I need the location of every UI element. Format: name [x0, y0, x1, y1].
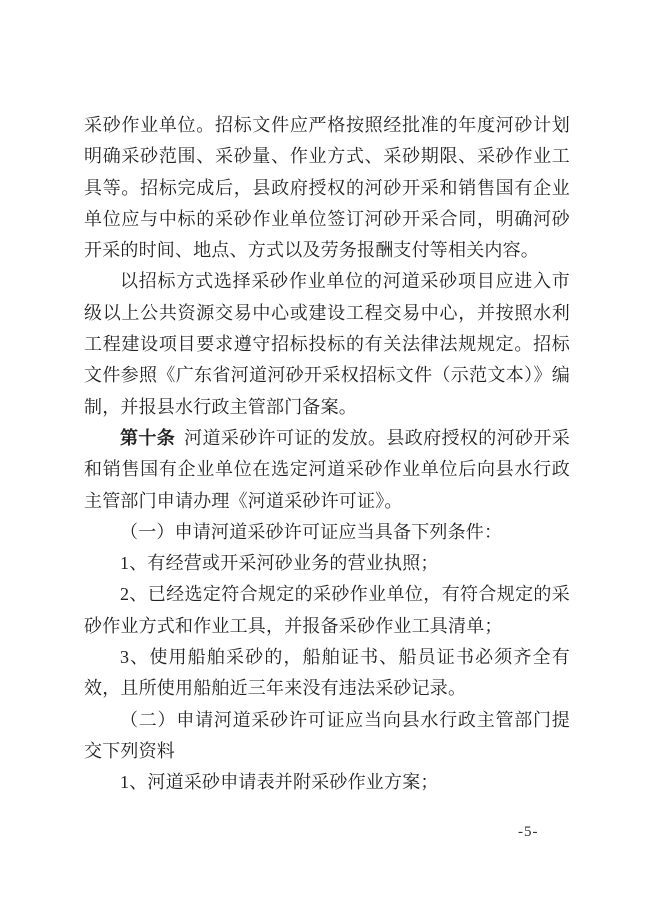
paragraph: （二）申请河道采砂许可证应当向县水行政主管部门提交下列资料	[84, 705, 570, 768]
paragraph-text: 以招标方式选择采砂作业单位的河道采砂项目应进入市级以上公共资源交易中心或建设工程…	[84, 271, 570, 416]
paragraph: （一）申请河道采砂许可证应当具备下列条件：	[84, 517, 570, 548]
paragraph: 采砂作业单位。招标文件应严格按照经批准的年度河砂计划明确采砂范围、采砂量、作业方…	[84, 110, 570, 266]
document-body: 采砂作业单位。招标文件应严格按照经批准的年度河砂计划明确采砂范围、采砂量、作业方…	[84, 110, 570, 799]
paragraph: 1、有经营或开采河砂业务的营业执照；	[84, 548, 570, 579]
paragraph: 以招标方式选择采砂作业单位的河道采砂项目应进入市级以上公共资源交易中心或建设工程…	[84, 266, 570, 422]
paragraph-text: 2、已经选定符合规定的采砂作业单位，有符合规定的采砂作业方式和作业工具，并报备采…	[84, 584, 570, 635]
paragraph: 第十条河道采砂许可证的发放。县政府授权的河砂开采和销售国有企业单位在选定河道采砂…	[84, 423, 570, 517]
paragraph-text: 采砂作业单位。招标文件应严格按照经批准的年度河砂计划明确采砂范围、采砂量、作业方…	[84, 115, 570, 260]
article-number-bold: 第十条	[120, 428, 175, 448]
paragraph: 1、河道采砂申请表并附采砂作业方案；	[84, 767, 570, 798]
page-number: -5-	[518, 824, 539, 841]
paragraph-text: （一）申请河道采砂许可证应当具备下列条件：	[120, 522, 502, 542]
document-page: 采砂作业单位。招标文件应严格按照经批准的年度河砂计划明确采砂范围、采砂量、作业方…	[0, 0, 652, 923]
paragraph-text: 3、使用船舶采砂的，船舶证书、船员证书必须齐全有效，且所使用船舶近三年来没有违法…	[84, 647, 570, 698]
paragraph-text: （二）申请河道采砂许可证应当向县水行政主管部门提交下列资料	[84, 710, 570, 761]
paragraph-text: 1、有经营或开采河砂业务的营业执照；	[120, 553, 439, 573]
paragraph: 3、使用船舶采砂的，船舶证书、船员证书必须齐全有效，且所使用船舶近三年来没有违法…	[84, 642, 570, 705]
paragraph: 2、已经选定符合规定的采砂作业单位，有符合规定的采砂作业方式和作业工具，并报备采…	[84, 579, 570, 642]
paragraph-text: 1、河道采砂申请表并附采砂作业方案；	[120, 772, 439, 792]
